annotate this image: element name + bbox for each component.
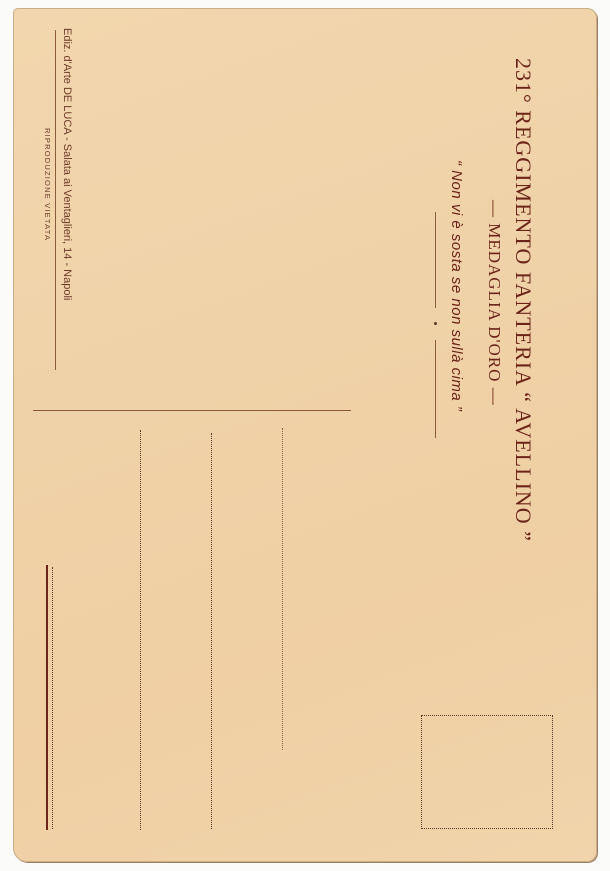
- address-line-1: [140, 430, 141, 830]
- red-rule: [46, 565, 48, 830]
- publisher-rule: [55, 30, 56, 370]
- address-line-4: [52, 567, 53, 829]
- motto-divider-top: [435, 212, 436, 308]
- motto-divider-bottom: [435, 340, 436, 438]
- publisher-credit: Ediz. d'Arte DE LUCA - Salata ai Ventagl…: [61, 28, 73, 300]
- regiment-title: 231° REGGIMENTO FANTERIA “ AVELLINO ”: [510, 58, 536, 542]
- motto: “ Non vi è sosta se non sullà cima ”: [448, 160, 465, 411]
- address-line-3: [282, 428, 283, 750]
- medal-subtitle: — MEDAGLIA D'ORO —: [484, 200, 504, 406]
- stamp-box: [421, 715, 553, 829]
- address-line-2: [211, 433, 212, 829]
- motto-divider-dot: [434, 322, 437, 325]
- message-divider: [33, 410, 351, 411]
- reproduction-notice: RIPRODUZIONE VIETATA: [43, 128, 52, 241]
